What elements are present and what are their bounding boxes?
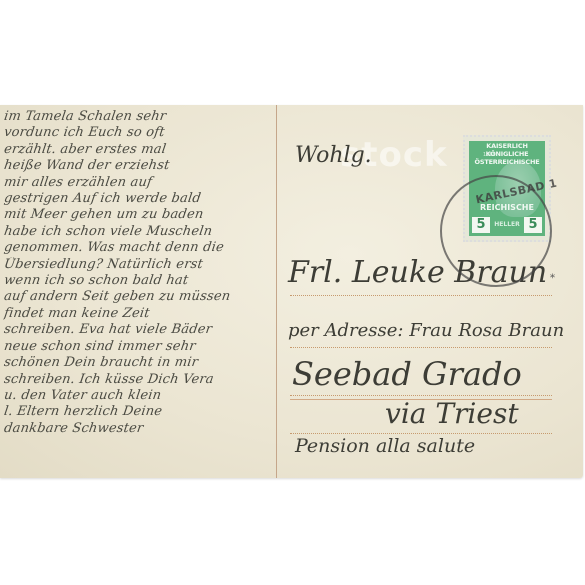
via-line: via Triest — [385, 397, 519, 430]
message-line: habe ich schon viele Muscheln — [3, 224, 273, 240]
message-line: auf andern Seit geben zu müssen — [3, 289, 273, 305]
message-line: erzählt. aber erstes mal — [3, 142, 273, 158]
salutation: Wohlg. — [295, 143, 372, 168]
address-line — [290, 433, 552, 434]
message-line: wenn ich so schon bald hat — [3, 273, 273, 289]
message-line: gestrigen Auf ich werde bald — [3, 191, 273, 207]
message-line: im Tamela Schalen sehr — [3, 109, 273, 125]
postmark-star-icon: * — [550, 273, 555, 284]
message-line: vordunc ich Euch so oft — [3, 125, 273, 141]
postcard: stock im Tamela Schalen sehrvordunc ich … — [0, 105, 583, 478]
card-divider — [276, 105, 277, 478]
message-line: mit Meer gehen um zu baden — [3, 207, 273, 223]
pension-line: Pension alla salute — [295, 435, 475, 457]
stamp-top-text: KAISERLICH KÖNIGLICHE ÖSTERREICHISCHE — [469, 142, 545, 166]
message-line: schreiben. Ich küsse Dich Vera — [3, 372, 273, 388]
message-line: schönen Dein braucht in mir — [3, 355, 273, 371]
message-line: genommen. Was macht denn die — [3, 240, 273, 256]
message-line: Übersiedlung? Natürlich erst — [3, 257, 273, 273]
message-line: heiße Wand der erziehst — [3, 158, 273, 174]
message-text: im Tamela Schalen sehrvordunc ich Euch s… — [4, 109, 272, 437]
message-line: neue schon sind immer sehr — [3, 339, 273, 355]
city: Seebad Grado — [292, 355, 522, 393]
message-line: findet man keine Zeit — [3, 306, 273, 322]
stamp-year: 1908 — [483, 152, 496, 158]
message-line: dankbare Schwester — [3, 421, 273, 437]
message-line: l. Eltern herzlich Deine — [3, 404, 273, 420]
care-of-line: per Adresse: Frau Rosa Braun — [288, 320, 564, 341]
address-line — [290, 347, 552, 348]
message-line: schreiben. Eva hat viele Bäder — [3, 322, 273, 338]
message-line: mir alles erzählen auf — [3, 175, 273, 191]
message-line: u. den Vater auch klein — [3, 388, 273, 404]
address-line — [290, 295, 552, 296]
address-line — [290, 395, 552, 396]
